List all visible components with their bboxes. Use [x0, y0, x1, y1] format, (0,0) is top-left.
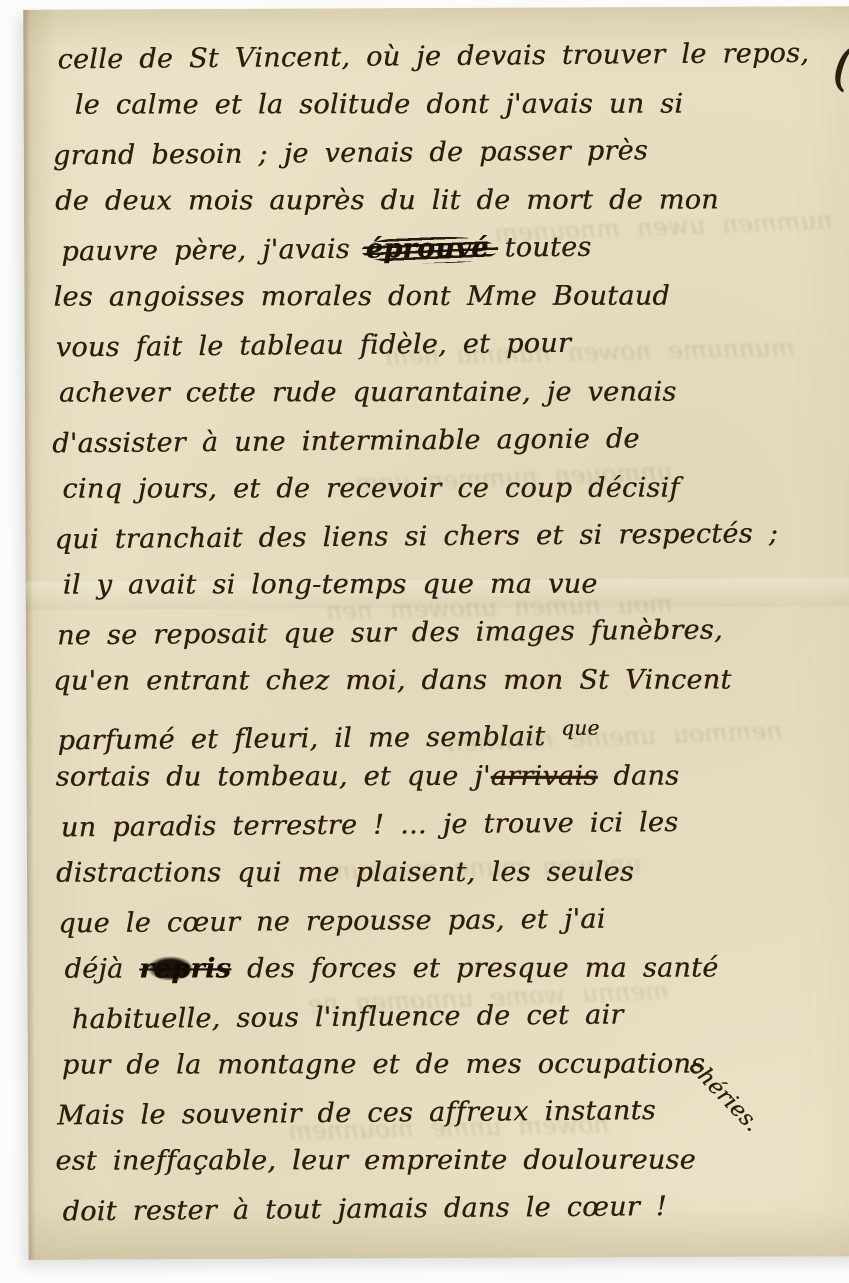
letter-line: pur de la montagne et de mes occupations…	[44, 1040, 849, 1089]
letter-line: vous fait le tableau fidèle, et pour	[41, 317, 849, 372]
letter-line: un paradis terrestre ! ... je trouve ici…	[43, 797, 849, 852]
letter-line: grand besoin ; je venais de passer près	[40, 125, 849, 180]
letter-text: pur de la montagne et de mes occupations	[62, 1049, 705, 1081]
letter-text-blot: repris	[139, 945, 231, 993]
letter-text: les angoisses morales dont Mme Boutaud	[54, 281, 670, 313]
letter-text: celle de St Vincent, où je devais trouve…	[57, 38, 809, 76]
letter-text: d'assister à une interminable agonie de	[52, 423, 640, 459]
letter-line: celle de St Vincent, où je devais trouve…	[39, 29, 849, 84]
letter-page: nummen uwen mnounemmunnume nowen numma n…	[23, 6, 849, 1260]
letter-text: distractions qui me plaisent, les seules	[56, 857, 634, 889]
letter-text: grand besoin ; je venais de passer près	[53, 135, 648, 171]
photo-background: nummen uwen mnounemmunnume nowen numma n…	[0, 0, 849, 1283]
letter-text-sup: que	[561, 716, 600, 740]
letter-text: qu'en entrant chez moi, dans mon St Vinc…	[53, 664, 731, 696]
letter-text: vous fait le tableau fidèle, et pour	[56, 328, 572, 363]
letter-line: distractions qui me plaisent, les seules	[43, 848, 849, 897]
letter-line: qu'en entrant chez moi, dans mon St Vinc…	[42, 656, 849, 705]
letter-line: d'assister à une interminable agonie de	[41, 413, 849, 468]
letter-line: sortais du tombeau, et que j'arrivais da…	[43, 752, 849, 801]
letter-text: il y avait si long-temps que ma vue	[63, 569, 598, 601]
letter-text: sortais du tombeau, et que j'	[56, 761, 491, 793]
letter-line: les angoisses morales dont Mme Boutaud	[40, 272, 849, 321]
letter-text: toutes	[488, 232, 591, 264]
letter-line: que le cœur ne repousse pas, et j'ai	[43, 893, 849, 948]
letter-text: de deux mois auprès du lit de mort de mo…	[55, 185, 719, 217]
letter-text: Mais le souvenir de ces affreux instants	[57, 1095, 656, 1131]
letter-text: ne se reposait que sur des images funèbr…	[57, 615, 723, 652]
letter-line: de deux mois auprès du lit de mort de mo…	[40, 176, 849, 225]
letter-text: dans	[597, 761, 679, 792]
letter-text: habituelle, sous l'influence de cet air	[72, 999, 624, 1035]
letter-line: habituelle, sous l'influence de cet air	[43, 989, 849, 1044]
letter-line: il y avait si long-temps que ma vue	[42, 560, 849, 609]
letter-line: doit rester à tout jamais dans le cœur !	[44, 1181, 849, 1236]
letter-text: qui tranchait des liens si chers et si r…	[54, 518, 778, 555]
letter-text-scribble: éprouvé	[366, 225, 489, 274]
letter-line: ne se reposait que sur des images funèbr…	[42, 605, 849, 660]
letter-text: parfumé et fleuri, il me semblait	[57, 721, 561, 756]
letter-line: qui tranchait des liens si chers et si r…	[41, 509, 849, 564]
letter-text: est ineffaçable, leur empreinte douloure…	[55, 1145, 696, 1177]
letter-text: achever cette rude quarantaine, je venai…	[59, 377, 677, 409]
letter-text: doit rester à tout jamais dans le cœur !	[62, 1191, 667, 1227]
letter-text: cinq jours, et de recevoir ce coup décis…	[62, 473, 679, 505]
letter-text-strike: arrivais	[491, 761, 598, 792]
letter-line: achever cette rude quarantaine, je venai…	[41, 368, 849, 417]
letter-line: cinq jours, et de recevoir ce coup décis…	[41, 464, 849, 513]
letter-line: est ineffaçable, leur empreinte douloure…	[44, 1136, 849, 1185]
letter-line: parfumé et fleuri, il me semblait que	[42, 701, 849, 756]
letter-line: le calme et la solitude dont j'avais un …	[40, 80, 849, 129]
letter-text: des forces et presque ma santé	[231, 953, 718, 985]
letter-lines: celle de St Vincent, où je devais trouve…	[23, 6, 849, 1260]
letter-text: déjà	[64, 954, 139, 985]
letter-text: un paradis terrestre ! ... je trouve ici…	[61, 807, 679, 843]
letter-line: Mais le souvenir de ces affreux instants	[44, 1085, 849, 1140]
letter-text: que le cœur ne repousse pas, et j'ai	[58, 904, 606, 940]
letter-line: déjà repris des forces et presque ma san…	[43, 944, 849, 993]
letter-text: pauvre père, j'avais	[61, 234, 366, 268]
letter-line: pauvre père, j'avais éprouvé toutes	[40, 221, 849, 276]
letter-text: le calme et la solitude dont j'avais un …	[75, 89, 684, 121]
